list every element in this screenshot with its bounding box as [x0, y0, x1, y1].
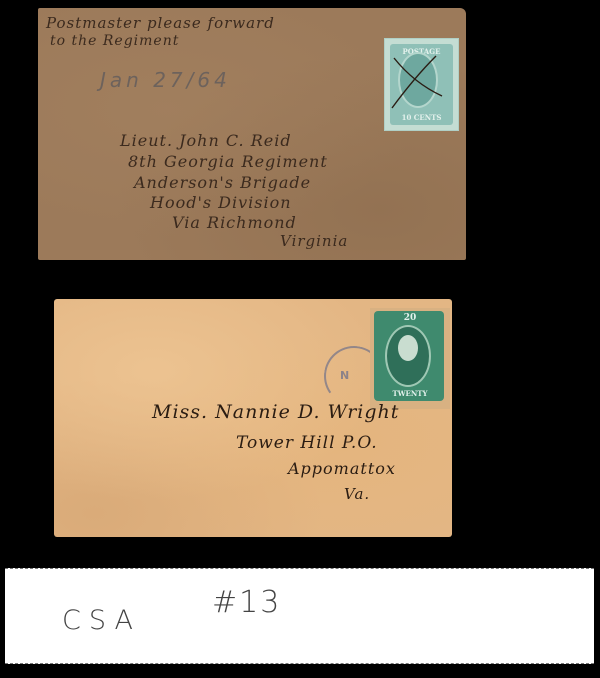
catalog-label: CSA #13: [5, 568, 594, 664]
pencil-date: Jan 27/64: [100, 68, 231, 92]
stamp-bottom-text: TWENTY: [370, 389, 450, 398]
address-line-3: Anderson's Brigade: [134, 173, 311, 192]
forwarding-note-line-1: Postmaster please forward: [46, 14, 275, 32]
address-line-3: Appomattox: [288, 459, 396, 478]
address-line-2: 8th Georgia Regiment: [128, 152, 328, 171]
bottom-cover-envelope: N 20 TWENTY Miss. Nannie D. Wright Tower…: [54, 299, 452, 537]
postmark-text: N: [340, 369, 349, 382]
label-catalog-number: #13: [212, 585, 281, 620]
address-line-5: Via Richmond: [172, 213, 297, 232]
address-line-4: Va.: [344, 485, 370, 503]
address-line-2: Tower Hill P.O.: [236, 433, 378, 453]
label-country: CSA: [62, 605, 141, 636]
address-line-4: Hood's Division: [150, 193, 292, 212]
portrait-oval: [385, 325, 431, 387]
stamp-top-text: 20: [370, 313, 450, 323]
ten-cent-stamp: POSTAGE 10 CENTS: [384, 38, 459, 131]
address-line-1: Lieut. John C. Reid: [120, 131, 292, 150]
top-cover-envelope: Postmaster please forward to the Regimen…: [38, 8, 466, 260]
twenty-cent-stamp: 20 TWENTY: [370, 308, 450, 409]
address-line-6: Virginia: [280, 232, 348, 250]
address-line-1: Miss. Nannie D. Wright: [152, 401, 399, 423]
forwarding-note-line-2: to the Regiment: [50, 33, 179, 49]
pen-cancel-x-icon: [384, 38, 459, 131]
washington-portrait: [398, 335, 418, 361]
